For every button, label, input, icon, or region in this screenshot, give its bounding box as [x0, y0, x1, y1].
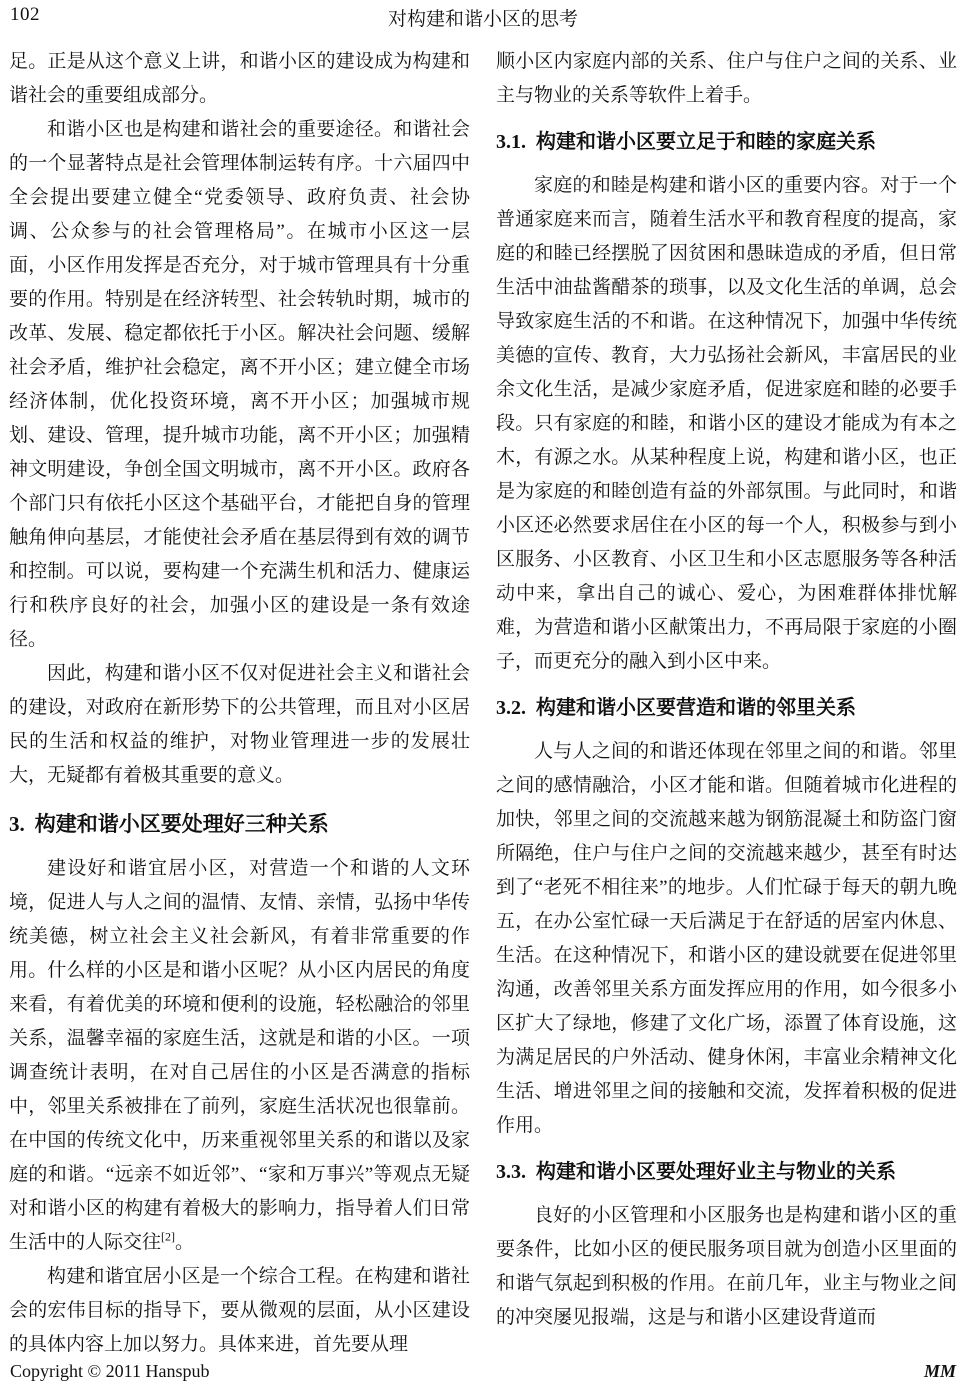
section-heading-3: 3.构建和谐小区要处理好三种关系 — [9, 810, 470, 839]
heading-number: 3.3. — [496, 1161, 526, 1183]
right-column: 顺小区内家庭内部的关系、住户与住户之间的关系、业主与物业的关系等软件上着手。 3… — [496, 45, 957, 1362]
paragraph-text: 。 — [175, 1232, 194, 1253]
paragraph: 和谐小区也是构建和谐社会的重要途径。和谐社会的一个显著特点是社会管理体制运转有序… — [9, 113, 470, 657]
paper-page: 102 对构建和谐小区的思考 足。正是从这个意义上讲，和谐小区的建设成为构建和谐… — [0, 0, 966, 1386]
heading-title: 构建和谐小区要处理好业主与物业的关系 — [536, 1161, 896, 1183]
paragraph-text: 建设好和谐宜居小区，对营造一个和谐的人文环境，促进人与人之间的温情、友情、亲情，… — [9, 858, 470, 1253]
paragraph: 人与人之间的和谐还体现在邻里之间的和谐。邻里之间的感情融洽，小区才能和谐。但随着… — [496, 735, 957, 1143]
paragraph: 建设好和谐宜居小区，对营造一个和谐的人文环境，促进人与人之间的温情、友情、亲情，… — [9, 852, 470, 1260]
heading-number: 3. — [9, 812, 25, 836]
page-footer: Copyright © 2011 Hanspub MM — [0, 1361, 966, 1382]
two-column-body: 足。正是从这个意义上讲，和谐小区的建设成为构建和谐社会的重要组成部分。 和谐小区… — [0, 35, 966, 1362]
section-heading-3-2: 3.2.构建和谐小区要营造和谐的邻里关系 — [496, 694, 957, 722]
paragraph: 因此，构建和谐小区不仅对促进社会主义和谐社会的建设，对政府在新形势下的公共管理，… — [9, 657, 470, 793]
citation-ref-2[interactable]: [2] — [161, 1230, 175, 1244]
heading-title: 构建和谐小区要营造和谐的邻里关系 — [536, 697, 856, 719]
left-column: 足。正是从这个意义上讲，和谐小区的建设成为构建和谐社会的重要组成部分。 和谐小区… — [9, 45, 470, 1362]
footer-journal-mark: MM — [924, 1361, 956, 1382]
section-heading-3-3: 3.3.构建和谐小区要处理好业主与物业的关系 — [496, 1158, 957, 1186]
heading-title: 构建和谐小区要处理好三种关系 — [35, 813, 329, 836]
paragraph: 顺小区内家庭内部的关系、住户与住户之间的关系、业主与物业的关系等软件上着手。 — [496, 45, 957, 113]
paragraph: 良好的小区管理和小区服务也是构建和谐小区的重要条件，比如小区的便民服务项目就为创… — [496, 1199, 957, 1335]
running-header: 102 对构建和谐小区的思考 — [0, 0, 966, 35]
footer-copyright: Copyright © 2011 Hanspub — [10, 1361, 210, 1382]
paragraph: 足。正是从这个意义上讲，和谐小区的建设成为构建和谐社会的重要组成部分。 — [9, 45, 470, 113]
running-title: 对构建和谐小区的思考 — [0, 4, 966, 31]
heading-number: 3.1. — [496, 131, 526, 153]
paragraph: 家庭的和睦是构建和谐小区的重要内容。对于一个普通家庭来而言，随着生活水平和教育程… — [496, 169, 957, 679]
heading-title: 构建和谐小区要立足于和睦的家庭关系 — [536, 131, 876, 153]
paragraph: 构建和谐宜居小区是一个综合工程。在构建和谐社会的宏伟目标的指导下，要从微观的层面… — [9, 1260, 470, 1362]
heading-number: 3.2. — [496, 697, 526, 719]
section-heading-3-1: 3.1.构建和谐小区要立足于和睦的家庭关系 — [496, 128, 957, 156]
